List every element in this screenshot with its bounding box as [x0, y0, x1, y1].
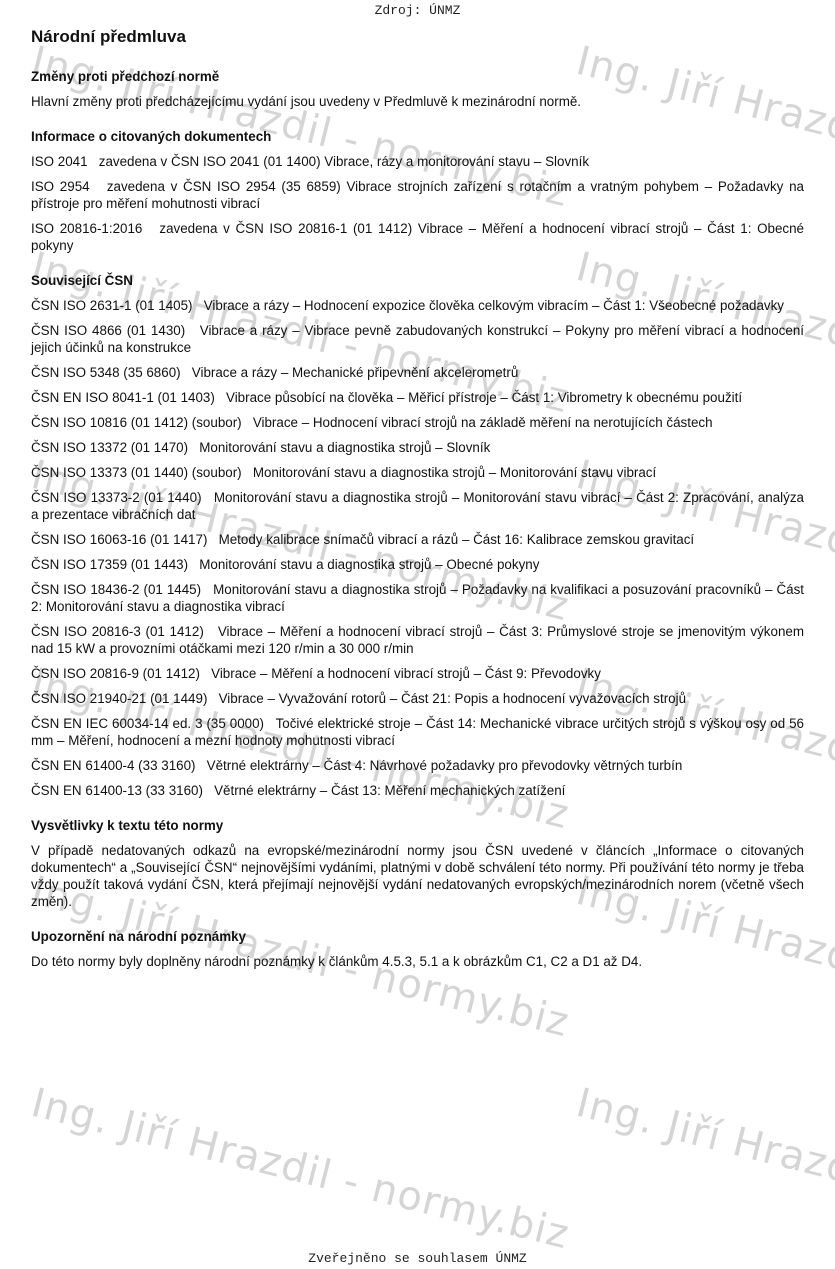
reference-item: ČSN ISO 10816 (01 1412) (soubor) Vibrace… — [31, 414, 804, 431]
reference-title: Vibrace působící na člověka – Měřicí pří… — [226, 390, 742, 405]
section-related-standards: Související ČSN ČSN ISO 2631-1 (01 1405)… — [31, 272, 804, 799]
paragraph: Do této normy byly doplněny národní pozn… — [31, 953, 804, 970]
paragraph: Hlavní změny proti předcházejícímu vydán… — [31, 93, 804, 110]
published-footer: Zveřejněno se souhlasem ÚNMZ — [0, 1251, 835, 1266]
section-cited-documents: Informace o citovaných dokumentech ISO 2… — [31, 128, 804, 254]
reference-code: ISO 2041 — [31, 154, 99, 169]
reference-title: Monitorování stavu a diagnostika strojů … — [199, 557, 539, 572]
reference-title: Větrné elektrárny – Část 13: Měření mech… — [214, 783, 565, 798]
source-header: Zdroj: ÚNMZ — [0, 3, 835, 18]
reference-item: ČSN ISO 13373 (01 1440) (soubor) Monitor… — [31, 464, 804, 481]
reference-item: ČSN ISO 2631-1 (01 1405) Vibrace a rázy … — [31, 297, 804, 314]
reference-title: zavedena v ČSN ISO 2954 (35 6859) Vibrac… — [31, 179, 804, 211]
reference-code: ČSN ISO 13373-2 (01 1440) — [31, 490, 214, 505]
reference-item: ČSN ISO 16063-16 (01 1417) Metody kalibr… — [31, 531, 804, 548]
reference-code: ČSN ISO 16063-16 (01 1417) — [31, 532, 219, 547]
reference-item: ČSN EN 61400-4 (33 3160) Větrné elektrár… — [31, 757, 804, 774]
reference-code: ČSN EN ISO 8041-1 (01 1403) — [31, 390, 226, 405]
reference-title: zavedena v ČSN ISO 2041 (01 1400) Vibrac… — [99, 154, 589, 169]
reference-title: Monitorování stavu a diagnostika strojů … — [253, 465, 656, 480]
reference-code: ČSN ISO 5348 (35 6860) — [31, 365, 192, 380]
reference-item: ČSN EN IEC 60034-14 ed. 3 (35 0000) Toči… — [31, 715, 804, 749]
reference-item: ISO 2041 zavedena v ČSN ISO 2041 (01 140… — [31, 153, 804, 170]
reference-item: ČSN ISO 4866 (01 1430) Vibrace a rázy – … — [31, 322, 804, 356]
reference-code: ČSN EN IEC 60034-14 ed. 3 (35 0000) — [31, 716, 276, 731]
related-standards-list: ČSN ISO 2631-1 (01 1405) Vibrace a rázy … — [31, 297, 804, 799]
watermark-text: Ing. Jiří Hrazdil - normy.biz — [27, 1080, 574, 1258]
reference-title: Vibrace – Hodnocení vibrací strojů na zá… — [253, 415, 713, 430]
reference-title: Vibrace a rázy – Mechanické připevnění a… — [192, 365, 519, 380]
document-body: Národní předmluva Změny proti předchozí … — [31, 26, 804, 988]
reference-title: Vibrace a rázy – Hodnocení expozice člov… — [204, 298, 784, 313]
reference-code: ČSN ISO 20816-3 (01 1412) — [31, 624, 218, 639]
section-national-notes: Upozornění na národní poznámky Do této n… — [31, 928, 804, 970]
reference-code: ČSN EN 61400-13 (33 3160) — [31, 783, 214, 798]
reference-title: Vibrace – Vyvažování rotorů – Část 21: P… — [219, 691, 686, 706]
reference-title: Monitorování stavu a diagnostika strojů … — [199, 440, 490, 455]
reference-code: ČSN ISO 13372 (01 1470) — [31, 440, 199, 455]
reference-code: ISO 2954 — [31, 179, 107, 194]
section-heading: Změny proti předchozí normě — [31, 68, 804, 85]
reference-item: ČSN EN 61400-13 (33 3160) Větrné elektrá… — [31, 782, 804, 799]
section-heading: Informace o citovaných dokumentech — [31, 128, 804, 145]
page-title: Národní předmluva — [31, 26, 804, 48]
reference-code: ČSN ISO 18436-2 (01 1445) — [31, 582, 213, 597]
reference-item: ISO 2954 zavedena v ČSN ISO 2954 (35 685… — [31, 178, 804, 212]
reference-code: ČSN ISO 20816-9 (01 1412) — [31, 666, 211, 681]
reference-code: ČSN ISO 10816 (01 1412) (soubor) — [31, 415, 253, 430]
reference-code: ČSN ISO 4866 (01 1430) — [31, 323, 200, 338]
reference-code: ISO 20816-1:2016 — [31, 221, 159, 236]
watermark-text: Ing. Jiří Hrazdil - normy.biz — [572, 1080, 835, 1258]
reference-title: Metody kalibrace snímačů vibrací a rázů … — [219, 532, 695, 547]
section-explanations: Vysvětlivky k textu této normy V případě… — [31, 817, 804, 910]
cited-documents-list: ISO 2041 zavedena v ČSN ISO 2041 (01 140… — [31, 153, 804, 254]
reference-code: ČSN ISO 13373 (01 1440) (soubor) — [31, 465, 253, 480]
reference-code: ČSN EN 61400-4 (33 3160) — [31, 758, 207, 773]
section-heading: Vysvětlivky k textu této normy — [31, 817, 804, 834]
reference-code: ČSN ISO 21940-21 (01 1449) — [31, 691, 219, 706]
reference-title: Větrné elektrárny – Část 4: Návrhové pož… — [207, 758, 683, 773]
reference-item: ČSN ISO 5348 (35 6860) Vibrace a rázy – … — [31, 364, 804, 381]
reference-item: ČSN ISO 17359 (01 1443) Monitorování sta… — [31, 556, 804, 573]
reference-item: ČSN ISO 20816-9 (01 1412) Vibrace – Měře… — [31, 665, 804, 682]
reference-item: ČSN ISO 21940-21 (01 1449) Vibrace – Vyv… — [31, 690, 804, 707]
reference-item: ČSN EN ISO 8041-1 (01 1403) Vibrace půso… — [31, 389, 804, 406]
reference-item: ČSN ISO 13372 (01 1470) Monitorování sta… — [31, 439, 804, 456]
reference-code: ČSN ISO 17359 (01 1443) — [31, 557, 199, 572]
reference-item: ISO 20816-1:2016 zavedena v ČSN ISO 2081… — [31, 220, 804, 254]
reference-title: Vibrace – Měření a hodnocení vibrací str… — [211, 666, 601, 681]
reference-code: ČSN ISO 2631-1 (01 1405) — [31, 298, 204, 313]
paragraph: V případě nedatovaných odkazů na evropsk… — [31, 842, 804, 910]
reference-item: ČSN ISO 18436-2 (01 1445) Monitorování s… — [31, 581, 804, 615]
section-heading: Upozornění na národní poznámky — [31, 928, 804, 945]
reference-item: ČSN ISO 13373-2 (01 1440) Monitorování s… — [31, 489, 804, 523]
section-changes: Změny proti předchozí normě Hlavní změny… — [31, 68, 804, 110]
reference-item: ČSN ISO 20816-3 (01 1412) Vibrace – Měře… — [31, 623, 804, 657]
section-heading: Související ČSN — [31, 272, 804, 289]
